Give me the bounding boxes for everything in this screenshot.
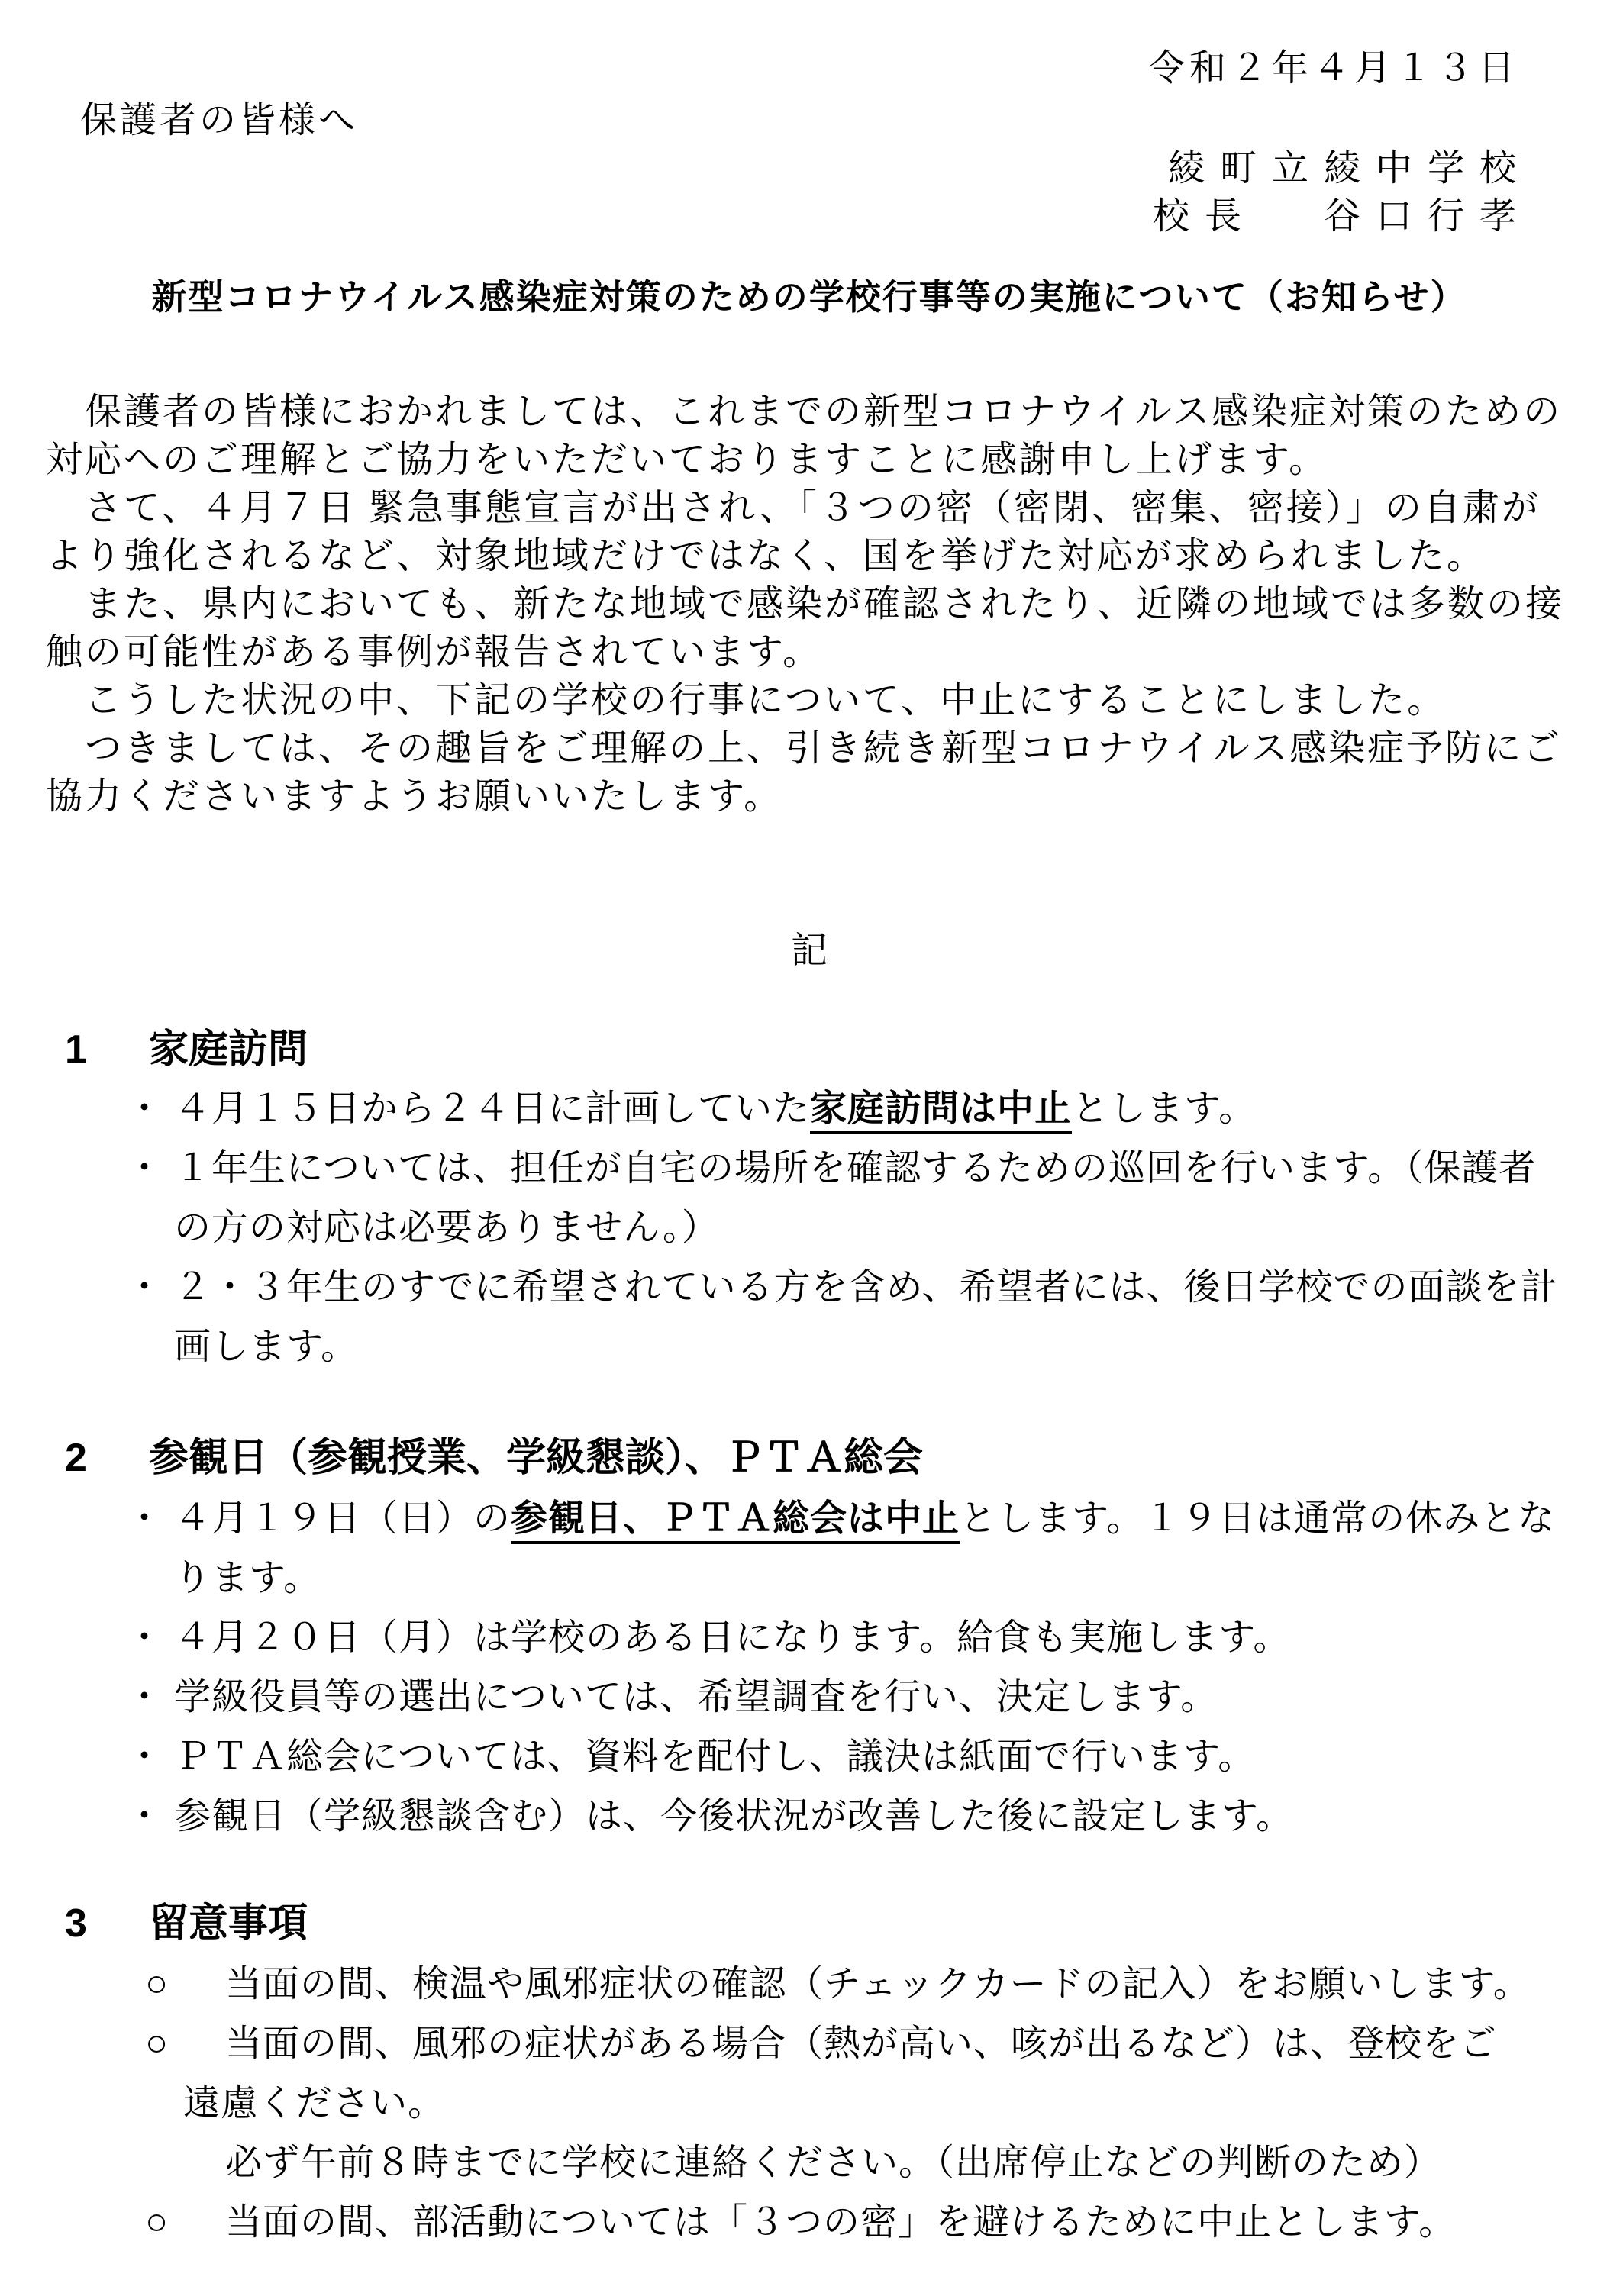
list-item-text: 当面の間、風邪の症状がある場合（熱が高い、咳が出るなど）は、登校をご [225, 2024, 1497, 2064]
list-item: ○当面の間、検温や風邪症状の確認（チェックカードの記入）をお願いします。 [46, 1955, 1573, 2014]
list-item-text: ２・３年生のすでに希望されている方を含め、希望者には、後日学校での面談を計 [174, 1267, 1558, 1308]
bullet-dot-icon: ・ [126, 1139, 163, 1198]
list-item-text: １年生については、担任が自宅の場所を確認するための巡回を行います。（保護者 [174, 1148, 1536, 1188]
section-2-list: ・４月１９日（日）の参観日、ＰＴＡ総会は中止とします。１９日は通常の休みとな り… [46, 1489, 1573, 1846]
intro-line: 保護者の皆様におかれましては、これまでの新型コロナウイルス感染症対策のための [46, 388, 1573, 436]
intro-line: 協力くださいますようお願いいたします。 [46, 772, 1573, 821]
bullet-dot-icon: ・ [126, 1608, 163, 1668]
document-date: 令和２年４月１３日 [46, 44, 1519, 92]
section-3-heading: 3留意事項 [46, 1897, 1573, 1950]
list-item-text: とします。 [1072, 1088, 1256, 1129]
section-2-heading: 2参観日（参観授業、学級懇談）、ＰＴＡ総会 [46, 1431, 1573, 1485]
list-item: ○当面の間、風邪の症状がある場合（熱が高い、咳が出るなど）は、登校をご [46, 2014, 1573, 2074]
record-marker: 記 [46, 927, 1573, 975]
bullet-dot-icon: ・ [126, 1787, 163, 1846]
circle-bullet-icon: ○ [145, 1953, 168, 2013]
list-item: ・４月１９日（日）の参観日、ＰＴＡ総会は中止とします。１９日は通常の休みとな [46, 1489, 1573, 1549]
intro-line: より強化されるなど、対象地域だけではなく、国を挙げた対応が求められました。 [46, 532, 1573, 580]
section-2-heading-text: 参観日（参観授業、学級懇談）、ＰＴＡ総会 [149, 1436, 923, 1480]
list-item-text: ４月１９日（日）の [174, 1498, 511, 1539]
section-1-list: ・４月１５日から２４日に計画していた家庭訪問は中止とします。 ・１年生については… [46, 1079, 1573, 1377]
section-2-number: 2 [65, 1431, 149, 1485]
list-item-note: 必ず午前８時までに学校に連絡ください。（出席停止などの判断のため） [46, 2133, 1573, 2193]
section-3-number: 3 [65, 1897, 149, 1950]
list-item-text: 当面の間、検温や風邪症状の確認（チェックカードの記入）をお願いします。 [225, 1964, 1531, 2004]
intro-line: また、県内においても、新たな地域で感染が確認されたり、近隣の地域では多数の接 [46, 580, 1573, 628]
intro-line: こうした状況の中、下記の学校の行事について、中止にすることにしました。 [46, 676, 1573, 724]
list-item: ・ＰＴＡ総会については、資料を配付し、議決は紙面で行います。 [46, 1727, 1573, 1787]
bullet-dot-icon: ・ [126, 1727, 163, 1787]
list-item-continuation: 遠慮ください。 [46, 2074, 1573, 2133]
list-item-continuation: の方の対応は必要ありません。） [46, 1198, 1573, 1258]
circle-bullet-icon: ○ [145, 2013, 168, 2072]
list-item: ・４月２０日（月）は学校のある日になります。給食も実施します。 [46, 1608, 1573, 1668]
list-item-continuation: 画します。 [46, 1317, 1573, 1377]
list-item-continuation: ります。 [46, 1549, 1573, 1608]
section-1-heading-text: 家庭訪問 [149, 1027, 308, 1072]
bullet-dot-icon: ・ [126, 1489, 163, 1549]
school-name: 綾 町 立 綾 中 学 校 [46, 144, 1519, 192]
emphasized-underlined-text: 参観日、ＰＴＡ総会は中止 [511, 1498, 960, 1544]
section-1-heading: 1家庭訪問 [46, 1023, 1573, 1076]
list-item-text: ４月２０日（月）は学校のある日になります。給食も実施します。 [174, 1617, 1290, 1658]
list-item-text: ＰＴＡ総会については、資料を配付し、議決は紙面で行います。 [174, 1737, 1255, 1777]
list-item-text: 学級役員等の選出については、希望調査を行い、決定します。 [174, 1677, 1218, 1717]
list-item-text: 当面の間、部活動については「３つの密」を避けるために中止とします。 [225, 2202, 1456, 2243]
list-item: ・１年生については、担任が自宅の場所を確認するための巡回を行います。（保護者 [46, 1139, 1573, 1198]
recipient-line: 保護者の皆様へ [46, 96, 1573, 144]
list-item: ○当面の間、部活動については「３つの密」を避けるために中止とします。 [46, 2193, 1573, 2252]
list-item: ・２・３年生のすでに希望されている方を含め、希望者には、後日学校での面談を計 [46, 1258, 1573, 1317]
notice-page: 令和２年４月１３日 保護者の皆様へ 綾 町 立 綾 中 学 校 校 長 谷 口 … [0, 0, 1623, 2296]
bullet-dot-icon: ・ [126, 1668, 163, 1727]
list-item-text: ４月１５日から２４日に計画していた [174, 1088, 810, 1129]
intro-paragraphs: 保護者の皆様におかれましては、これまでの新型コロナウイルス感染症対策のための 対… [46, 388, 1573, 821]
list-item-text: とします。１９日は通常の休みとな [960, 1498, 1555, 1539]
list-item-text: 参観日（学級懇談含む）は、今後状況が改善した後に設定します。 [174, 1796, 1293, 1836]
intro-line: さて、４月７日 緊急事態宣言が出され、「３つの密（密閉、密集、密接）」の自粛が [46, 484, 1573, 532]
intro-line: 触の可能性がある事例が報告されています。 [46, 628, 1573, 676]
bullet-dot-icon: ・ [126, 1079, 163, 1139]
section-3-heading-text: 留意事項 [149, 1901, 308, 1946]
bullet-dot-icon: ・ [126, 1258, 163, 1317]
intro-line: 対応へのご理解とご協力をいただいておりますことに感謝申し上げます。 [46, 436, 1573, 484]
list-item: ・学級役員等の選出については、希望調査を行い、決定します。 [46, 1668, 1573, 1727]
document-title: 新型コロナウイルス感染症対策のための学校行事等の実施について（お知らせ） [46, 273, 1573, 321]
list-item: ・参観日（学級懇談含む）は、今後状況が改善した後に設定します。 [46, 1787, 1573, 1846]
list-item: ・４月１５日から２４日に計画していた家庭訪問は中止とします。 [46, 1079, 1573, 1139]
emphasized-underlined-text: 家庭訪問は中止 [810, 1088, 1072, 1134]
intro-line: つきましては、その趣旨をご理解の上、引き続き新型コロナウイルス感染症予防にご [46, 724, 1573, 772]
section-1-number: 1 [65, 1023, 149, 1076]
section-3-list: ○当面の間、検温や風邪症状の確認（チェックカードの記入）をお願いします。 ○当面… [46, 1955, 1573, 2252]
circle-bullet-icon: ○ [145, 2191, 168, 2251]
principal-name: 校 長 谷 口 行 孝 [46, 192, 1519, 240]
